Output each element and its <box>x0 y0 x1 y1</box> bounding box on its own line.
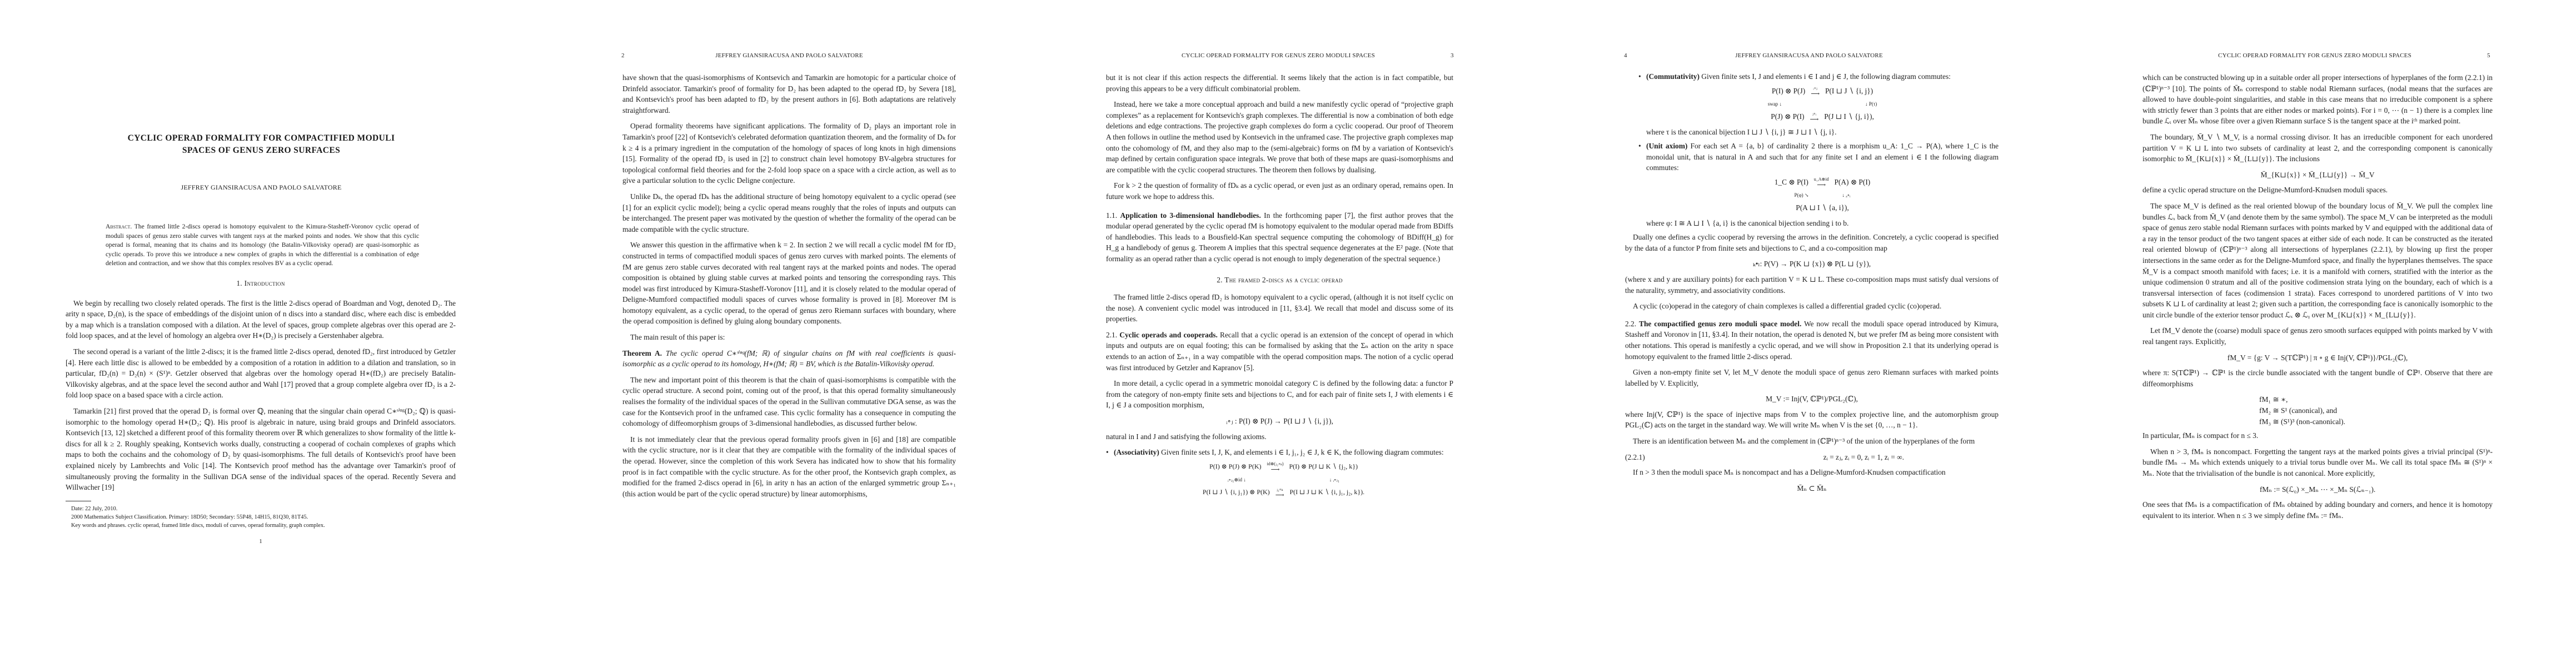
paragraph: When n > 3, fMₙ is noncompact. Forgettin… <box>2142 446 2493 479</box>
running-head: JEFFREY GIANSIRACUSA AND PAOLO SALVATORE <box>1617 52 2001 59</box>
section-2-heading: 2. The framed 2-discs as a cyclic operad <box>1106 275 1453 286</box>
footnote-rule <box>66 501 91 501</box>
arrow-label: P(τ) <box>1869 101 1877 107</box>
diagram-node: P(I) ⊗ P(J) <box>1772 86 1805 97</box>
page-2: 2 JEFFREY GIANSIRACUSA AND PAOLO SALVATO… <box>611 0 967 667</box>
paragraph: (where x and y are auxiliary points) for… <box>1625 274 1999 296</box>
mv-formula: M_V := Inj(V, ℂℙ¹)/PGL₂(ℂ), <box>1625 394 1999 405</box>
equation-label: (2.2.1) <box>1625 452 1645 463</box>
running-head: CYCLIC OPERAD FORMALITY FOR GENUS ZERO M… <box>1100 52 1456 59</box>
paragraph: Unlike Dₖ, the operad fDₖ has the additi… <box>622 191 956 235</box>
commutativity-axiom: (Commutativity) Given finite sets I, J a… <box>1638 71 1999 137</box>
paragraph: define a cyclic operad structure on the … <box>2142 185 2493 196</box>
paragraph: where π: S(Tℂℙ¹) → ℂℙ¹ is the circle bun… <box>2142 367 2493 389</box>
diagram-arrow: ᵢ∘ⱼ⟶ <box>1811 86 1820 97</box>
page-3: CYCLIC OPERAD FORMALITY FOR GENUS ZERO M… <box>1100 0 1456 667</box>
paragraph: Operad formality theorems have significa… <box>622 121 956 186</box>
abstract-label: Abstract. <box>106 223 132 230</box>
paragraph: We begin by recalling two closely relate… <box>66 298 456 341</box>
axiom-text: Given finite sets I, J and elements i ∈ … <box>1700 72 1951 81</box>
cocomposition-formula: ₖ•ₗ: P(V) → P(K ⊔ {x}) ⊗ P(L ⊔ {y}), <box>1625 258 1999 270</box>
associativity-diagram: P(I) ⊗ P(J) ⊗ P(K) id⊗(ⱼ₂∘ₖ)⟶ P(I) ⊗ P(J… <box>1114 461 1453 498</box>
subsection-title: Cyclic operads and cooperads. <box>1119 331 1218 339</box>
unit-axiom: (Unit axiom) For each set A = {a, b} of … <box>1638 141 1999 228</box>
page-number: 1 <box>66 536 456 547</box>
composition-formula: ᵢ∘ⱼ : P(I) ⊗ P(J) → P(I ⊔ J ∖ {i, j}), <box>1106 416 1453 427</box>
footnote-msc: 2000 Mathematics Subject Classification.… <box>66 513 456 521</box>
diagram-node: P(J) ⊗ P(I) <box>1771 111 1804 122</box>
page-number: 3 <box>1451 52 1454 59</box>
page-4-body: (Commutativity) Given finite sets I, J a… <box>1625 71 1999 498</box>
subsection-2-1: 2.1. Cyclic operads and cooperads. Recal… <box>1106 330 1453 373</box>
equation-body: zᵢ = zⱼ, zᵢ = 0, zᵢ = 1, zᵢ = ∞. <box>1823 452 1904 463</box>
paragraph: The framed little 2-discs operad fD₂ is … <box>1106 292 1453 325</box>
paragraph: which can be constructed blowing up in a… <box>2142 72 2493 127</box>
paragraph: A cyclic (co)operad in the category of c… <box>1625 301 1999 312</box>
page-number: 5 <box>2487 52 2490 59</box>
paragraph: The new and important point of this theo… <box>622 375 956 429</box>
section-1-heading: 1. Introduction <box>66 278 456 289</box>
subsection-2-2: 2.2. The compactified genus zero moduli … <box>1625 318 1999 362</box>
diagram-node: 1_C ⊗ P(I) <box>1775 177 1808 188</box>
page-5-body: which can be constructed blowing up in a… <box>2142 72 2493 526</box>
equation-2-2-1: (2.2.1) zᵢ = zⱼ, zᵢ = 0, zᵢ = 1, zᵢ = ∞. <box>1625 452 1999 463</box>
paragraph: The space M_V is defined as the real ori… <box>2142 201 2493 321</box>
subsection-number: 1.1. <box>1106 211 1117 220</box>
axiom-label: (Unit axiom) <box>1646 142 1687 150</box>
axiom-text: For each set A = {a, b} of cardinality 2… <box>1646 142 1999 172</box>
paragraph: We answer this question in the affirmati… <box>622 240 956 327</box>
paragraph: In particular, fMₙ is compact for n ≤ 3. <box>2142 430 2493 441</box>
diagram-arrow: ↓ ᵢ∘ⱼ₁ <box>1329 472 1339 487</box>
subsection-title: The compactified genus zero moduli space… <box>1639 320 1801 328</box>
running-head: JEFFREY GIANSIRACUSA AND PAOLO SALVATORE <box>611 52 967 59</box>
paragraph: have shown that the quasi-isomorphisms o… <box>622 72 956 116</box>
paragraph: Let fM_V denote the (coarse) moduli spac… <box>2142 325 2493 347</box>
arrow-label: id⊗(ⱼ₂∘ₖ) <box>1267 461 1284 467</box>
paragraph: Dually one defines a cyclic cooperad by … <box>1625 232 1999 253</box>
paragraph: The second operad is a variant of the li… <box>66 346 456 401</box>
diagram-arrow: P(φ) ↘ <box>1794 188 1808 202</box>
compactification-formula: M̄ₙ ⊂ M̄ₙ <box>1625 483 1999 494</box>
diagram-node: P(I ⊔ J ∖ {i, j}) <box>1825 86 1873 97</box>
axiom-label: (Associativity) <box>1114 448 1159 456</box>
diagram-row: 1_C ⊗ P(I) u_A⊗id⟶ P(A) ⊗ P(I) <box>1646 177 1999 188</box>
associativity-axiom: (Associativity) Given finite sets I, J, … <box>1106 447 1453 498</box>
paragraph: natural in I and J and satisfying the fo… <box>1106 431 1453 442</box>
arrow-label: ₐ∘ᵢ <box>1846 192 1850 198</box>
diagram-arrow: u_A⊗id⟶ <box>1814 177 1829 188</box>
paragraph: It is not immediately clear that the pre… <box>622 434 956 500</box>
title-line-1: CYCLIC OPERAD FORMALITY FOR COMPACTIFIED… <box>67 132 456 145</box>
diagram-vertical-arrows: swap ↓ ↓ P(τ) <box>1646 97 1999 111</box>
paragraph: but it is not clear if this action respe… <box>1106 72 1453 94</box>
diagram-row: P(J) ⊗ P(I) ⱼ∘ᵢ⟶ P(J ⊔ I ∖ {j, i}), <box>1646 111 1999 122</box>
diagram-arrow: swap ↓ <box>1768 97 1782 111</box>
abstract-text: The framed little 2-discs operad is homo… <box>106 223 419 267</box>
diagram-row: P(I ⊔ J ∖ {i, j₁}) ⊗ P(K) ⱼ₂∘ₖ⟶ P(I ⊔ J … <box>1114 487 1453 498</box>
unit-diagram: 1_C ⊗ P(I) u_A⊗id⟶ P(A) ⊗ P(I) P(φ) ↘ ↓ … <box>1646 177 1999 213</box>
diagram-row: P(I) ⊗ P(J) ᵢ∘ⱼ⟶ P(I ⊔ J ∖ {i, j}) <box>1646 86 1999 97</box>
arrow-label: ⱼ₂∘ₖ <box>1277 487 1283 492</box>
diagram-arrow: ↓ P(τ) <box>1865 97 1877 111</box>
page-1-body: 1. Introduction We begin by recalling tw… <box>66 278 456 547</box>
axiom-text: Given finite sets I, J, K, and elements … <box>1159 448 1444 456</box>
paragraph: For k > 2 the question of formality of f… <box>1106 180 1453 202</box>
diagram-arrow: ⱼ₂∘ₖ⟶ <box>1275 487 1284 498</box>
paragraph: The boundary, M̄_V ∖ M_V, is a normal cr… <box>2142 132 2493 165</box>
diffeomorphism-list: fM₁ ≅ ∗, fM₂ ≅ S¹ (canonical), and fM₃ ≅… <box>2142 394 2493 427</box>
theorem-text: The cyclic operad C∗ˢⁱⁿᵍ(fM; ℝ) of singu… <box>622 349 956 369</box>
diagram-node: P(I) ⊗ P(J ⊔ K ∖ {j₂, k}) <box>1289 461 1358 472</box>
fmn-formula: fMₙ := S(ℒ₀) ×_Mₙ ⋯ ×_Mₙ S(ℒₙ₋₁). <box>2142 484 2493 495</box>
theorem-label: Theorem A. <box>622 349 662 357</box>
footnote-keywords: Key words and phrases. cyclic operad, fr… <box>66 521 456 530</box>
diffeo-item: fM₃ ≅ (S¹)³ (non-canonical). <box>2259 416 2493 427</box>
page-3-body: but it is not clear if this action respe… <box>1106 72 1453 502</box>
diagram-node: P(A ⊔ I ∖ {a, i}), <box>1796 202 1848 213</box>
paragraph: If n > 3 then the moduli space Mₙ is non… <box>1625 467 1999 478</box>
paragraph: The main result of this paper is: <box>622 332 956 343</box>
page-2-body: have shown that the quasi-isomorphisms o… <box>622 72 956 504</box>
diagram-arrow: ⱼ∘ᵢ⟶ <box>1810 111 1819 122</box>
page-4: 4 JEFFREY GIANSIRACUSA AND PAOLO SALVATO… <box>1617 0 2001 667</box>
subsection-number: 2.2. <box>1625 320 1636 328</box>
diagram-node: P(A) ⊗ P(I) <box>1834 177 1870 188</box>
subsection-title: Application to 3-dimensional handlebodie… <box>1120 211 1261 220</box>
page-1: CYCLIC OPERAD FORMALITY FOR COMPACTIFIED… <box>0 0 515 667</box>
paragraph: There is an identification between Mₙ an… <box>1625 436 1999 447</box>
commutativity-after: where τ is the canonical bijection I ⊔ J… <box>1646 127 1999 138</box>
paper-authors: JEFFREY GIANSIRACUSA AND PAOLO SALVATORE <box>67 183 456 192</box>
arrow-label: swap <box>1768 101 1778 107</box>
arrow-label: ⱼ∘ᵢ <box>1812 111 1816 117</box>
footnote-date: Date: 22 July, 2010. <box>66 505 456 513</box>
running-head: CYCLIC OPERAD FORMALITY FOR GENUS ZERO M… <box>2142 52 2487 59</box>
diagram-arrow: id⊗(ⱼ₂∘ₖ)⟶ <box>1267 461 1284 472</box>
diagram-arrow: ᵢ∘ⱼ₁⊗id ↓ <box>1228 472 1246 487</box>
arrow-label: ᵢ∘ⱼ <box>1813 86 1817 91</box>
arrow-label: u_A⊗id <box>1814 177 1829 182</box>
axiom-label: (Commutativity) <box>1646 72 1700 81</box>
diffeo-item: fM₂ ≅ S¹ (canonical), and <box>2259 405 2493 416</box>
page-5: CYCLIC OPERAD FORMALITY FOR GENUS ZERO M… <box>2142 0 2509 667</box>
arrow-label: P(φ) <box>1794 192 1803 198</box>
theorem-a: Theorem A. The cyclic operad C∗ˢⁱⁿᵍ(fM; … <box>622 348 956 370</box>
diagram-row: P(I) ⊗ P(J) ⊗ P(K) id⊗(ⱼ₂∘ₖ)⟶ P(I) ⊗ P(J… <box>1114 461 1453 472</box>
diagram-row: P(A ⊔ I ∖ {a, i}), <box>1646 202 1999 213</box>
paragraph: where Inj(V, ℂℙ¹) is the space of inject… <box>1625 409 1999 431</box>
abstract: Abstract. The framed little 2-discs oper… <box>106 222 419 268</box>
title-line-2: SPACES OF GENUS ZERO SURFACES <box>67 145 456 157</box>
diffeo-item: fM₁ ≅ ∗, <box>2259 394 2493 405</box>
paragraph: Instead, here we take a more conceptual … <box>1106 99 1453 175</box>
diagram-node: P(I ⊔ J ∖ {i, j₁}) ⊗ P(K) <box>1203 487 1270 498</box>
arrow-label: ᵢ∘ⱼ₁⊗id <box>1228 477 1242 482</box>
diagram-node: P(J ⊔ I ∖ {j, i}), <box>1824 111 1874 122</box>
paragraph: Tamarkin [21] first proved that the oper… <box>66 406 456 493</box>
diagram-node: P(I) ⊗ P(J) ⊗ P(K) <box>1209 461 1261 472</box>
paragraph: Given a non-empty finite set V, let M_V … <box>1625 367 1999 389</box>
commutativity-diagram: P(I) ⊗ P(J) ᵢ∘ⱼ⟶ P(I ⊔ J ∖ {i, j}) swap … <box>1646 86 1999 122</box>
paragraph: In more detail, a cyclic operad in a sym… <box>1106 378 1453 411</box>
fmv-formula: fM_V = {g: V → S(Tℂℙ¹) | π ∘ g ∈ Inj(V, … <box>2142 352 2493 364</box>
arrow-label: ᵢ∘ⱼ₁ <box>1333 477 1339 482</box>
subsection-1-1: 1.1. Application to 3-dimensional handle… <box>1106 210 1453 265</box>
subsection-number: 2.1. <box>1106 331 1117 339</box>
diagram-node: P(I ⊔ J ⊔ K ∖ {i, j₁, j₂, k}). <box>1289 487 1364 498</box>
diagram-vertical-arrows: P(φ) ↘ ↓ ₐ∘ᵢ <box>1646 188 1999 202</box>
diagram-vertical-arrows: ᵢ∘ⱼ₁⊗id ↓ ↓ ᵢ∘ⱼ₁ <box>1114 472 1453 487</box>
inclusion-formula: M̄_{K⊔{x}} × M̄_{L⊔{y}} → M̄_V <box>2142 170 2493 181</box>
unit-after: where φ: I ≅ A ⊔ I ∖ {a, i} is the canon… <box>1646 218 1999 229</box>
diagram-arrow: ↓ ₐ∘ᵢ <box>1842 188 1850 202</box>
paper-title: CYCLIC OPERAD FORMALITY FOR COMPACTIFIED… <box>67 132 456 157</box>
paragraph: One sees that fMₙ is a compactification … <box>2142 499 2493 521</box>
